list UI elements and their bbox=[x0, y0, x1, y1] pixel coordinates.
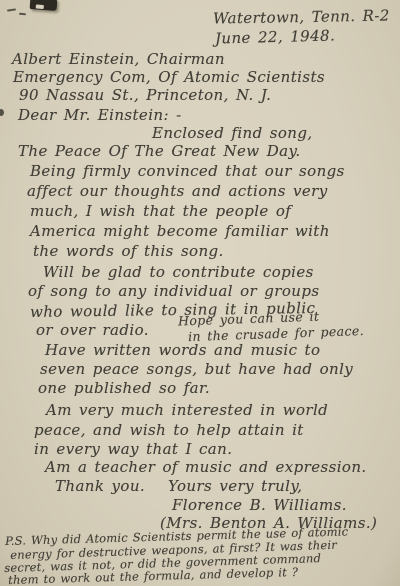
body-line: the words of this song. bbox=[33, 242, 224, 260]
body-line: peace, and wish to help attain it bbox=[34, 421, 304, 439]
body-line: one published so far. bbox=[38, 379, 210, 397]
staple-mark bbox=[30, 0, 58, 11]
body-line: Have written words and music to bbox=[45, 341, 320, 359]
closing-thanks: Thank you. bbox=[55, 477, 145, 495]
body-line: or over radio. bbox=[36, 321, 149, 339]
body-line: much, I wish that the people of bbox=[30, 202, 291, 220]
recipient-name: Albert Einstein, Chairman bbox=[12, 50, 225, 68]
body-line: affect our thoughts and actions very bbox=[27, 182, 328, 200]
recipient-org: Emergency Com, Of Atomic Scientists bbox=[13, 68, 325, 86]
body-line: Am very much interested in world bbox=[46, 401, 328, 419]
body-line: Will be glad to contribute copies bbox=[43, 263, 314, 281]
body-line: seven peace songs, but have had only bbox=[40, 360, 353, 378]
body-line: Enclosed find song, bbox=[152, 124, 313, 142]
ink-blot bbox=[0, 109, 4, 116]
song-title-line: The Peace Of The Great New Day. bbox=[18, 142, 301, 160]
pencil-dash-mark bbox=[19, 13, 26, 16]
body-line: Am a teacher of music and expression. bbox=[45, 458, 367, 476]
body-line: Being firmly convinced that our songs bbox=[30, 162, 345, 180]
pencil-dash-mark bbox=[7, 8, 16, 11]
body-line: of song to any individual or groups bbox=[28, 282, 319, 300]
letter-location: Watertown, Tenn. R-2 bbox=[213, 6, 390, 27]
closing-valediction: Yours very truly, bbox=[168, 477, 302, 495]
body-line: America might become familiar with bbox=[30, 222, 330, 240]
recipient-address: 90 Nassau St., Princeton, N. J. bbox=[19, 86, 271, 104]
salutation: Dear Mr. Einstein: - bbox=[18, 106, 182, 124]
letter-page: Watertown, Tenn. R-2 June 22, 1948. Albe… bbox=[0, 0, 400, 586]
body-line: in every way that I can. bbox=[34, 440, 232, 458]
signature: Florence B. Williams. bbox=[172, 496, 347, 514]
letter-date: June 22, 1948. bbox=[215, 26, 336, 47]
